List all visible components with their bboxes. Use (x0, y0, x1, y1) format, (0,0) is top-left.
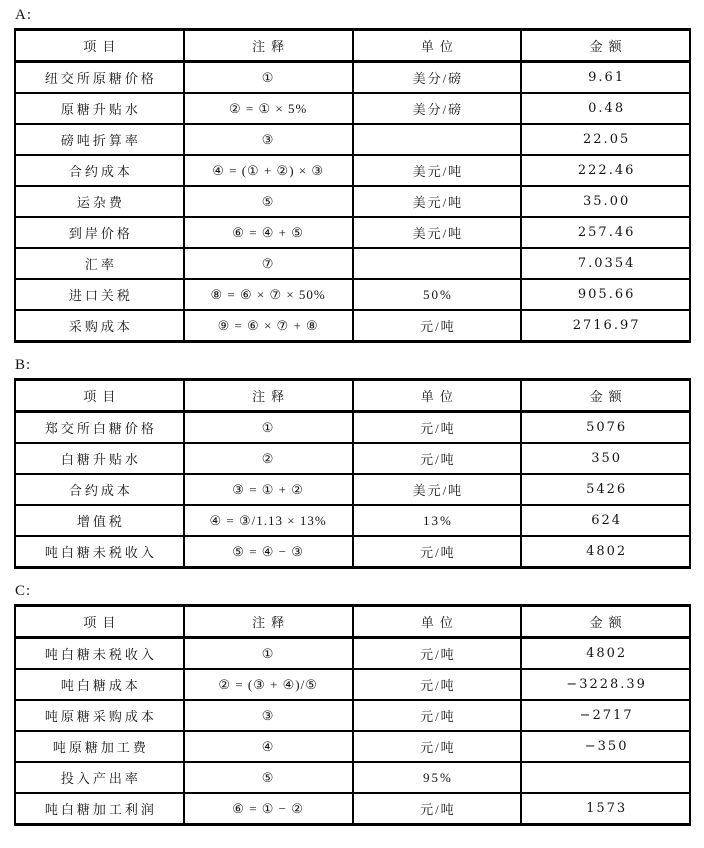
unit-cell: 元/吨 (353, 443, 522, 474)
column-header: 注释 (184, 30, 353, 62)
amount-cell: 222.46 (521, 155, 690, 186)
item-cell: 合约成本 (15, 155, 184, 186)
item-cell: 投入产出率 (15, 762, 184, 793)
note-cell: ② (184, 443, 353, 474)
amount-cell (521, 762, 690, 793)
table-row: 吨白糖未税收入⑤ = ④ − ③元/吨4802 (15, 536, 690, 568)
unit-cell: 美分/磅 (353, 62, 522, 94)
column-header: 单位 (353, 380, 522, 412)
section-b: B: 项目注释单位金额郑交所白糖价格①元/吨5076白糖升贴水②元/吨350合约… (14, 356, 691, 569)
column-header: 单位 (353, 30, 522, 62)
amount-cell: 1573 (521, 793, 690, 825)
table-row: 吨白糖成本② = (③ + ④)/⑤元/吨−3228.39 (15, 669, 690, 700)
column-header: 金额 (521, 30, 690, 62)
table-row: 合约成本④ = (① + ②) × ③美元/吨222.46 (15, 155, 690, 186)
note-cell: ④ = (① + ②) × ③ (184, 155, 353, 186)
section-a: A: 项目注释单位金额纽交所原糖价格①美分/磅9.61原糖升贴水② = ① × … (14, 6, 691, 343)
amount-cell: 7.0354 (521, 248, 690, 279)
unit-cell: 95% (353, 762, 522, 793)
cost-table-c: 项目注释单位金额吨白糖未税收入①元/吨4802吨白糖成本② = (③ + ④)/… (14, 604, 691, 826)
unit-cell: 元/吨 (353, 669, 522, 700)
item-cell: 郑交所白糖价格 (15, 412, 184, 444)
unit-cell: 元/吨 (353, 638, 522, 670)
unit-cell: 元/吨 (353, 700, 522, 731)
section-c-label: C: (15, 582, 691, 600)
item-cell: 合约成本 (15, 474, 184, 505)
amount-cell: 350 (521, 443, 690, 474)
note-cell: ⑨ = ⑥ × ⑦ + ⑧ (184, 310, 353, 342)
note-cell: ③ (184, 700, 353, 731)
table-row: 原糖升贴水② = ① × 5%美分/磅0.48 (15, 93, 690, 124)
column-header: 项目 (15, 606, 184, 638)
document-sheet: A: 项目注释单位金额纽交所原糖价格①美分/磅9.61原糖升贴水② = ① × … (0, 0, 704, 848)
column-header: 注释 (184, 606, 353, 638)
note-cell: ⑤ (184, 762, 353, 793)
item-cell: 白糖升贴水 (15, 443, 184, 474)
note-cell: ⑤ (184, 186, 353, 217)
column-header: 金额 (521, 606, 690, 638)
table-row: 进口关税⑧ = ⑥ × ⑦ × 50%50%905.66 (15, 279, 690, 310)
unit-cell: 美元/吨 (353, 474, 522, 505)
item-cell: 吨白糖加工利润 (15, 793, 184, 825)
table-row: 白糖升贴水②元/吨350 (15, 443, 690, 474)
unit-cell (353, 248, 522, 279)
table-row: 吨原糖采购成本③元/吨−2717 (15, 700, 690, 731)
note-cell: ⑧ = ⑥ × ⑦ × 50% (184, 279, 353, 310)
section-a-label: A: (15, 6, 691, 24)
amount-cell: −3228.39 (521, 669, 690, 700)
cost-table-b: 项目注释单位金额郑交所白糖价格①元/吨5076白糖升贴水②元/吨350合约成本③… (14, 378, 691, 569)
column-header: 项目 (15, 30, 184, 62)
amount-cell: −350 (521, 731, 690, 762)
item-cell: 吨原糖加工费 (15, 731, 184, 762)
column-header: 金额 (521, 380, 690, 412)
item-cell: 原糖升贴水 (15, 93, 184, 124)
amount-cell: 22.05 (521, 124, 690, 155)
unit-cell: 元/吨 (353, 412, 522, 444)
unit-cell (353, 124, 522, 155)
amount-cell: 2716.97 (521, 310, 690, 342)
amount-cell: 905.66 (521, 279, 690, 310)
table-row: 吨白糖未税收入①元/吨4802 (15, 638, 690, 670)
item-cell: 吨白糖未税收入 (15, 638, 184, 670)
table-row: 汇率⑦7.0354 (15, 248, 690, 279)
item-cell: 磅吨折算率 (15, 124, 184, 155)
table-row: 增值税④ = ③/1.13 × 13%13%624 (15, 505, 690, 536)
note-cell: ④ (184, 731, 353, 762)
amount-cell: 35.00 (521, 186, 690, 217)
header-row: 项目注释单位金额 (15, 30, 690, 62)
unit-cell: 元/吨 (353, 731, 522, 762)
unit-cell: 美元/吨 (353, 186, 522, 217)
amount-cell: 5076 (521, 412, 690, 444)
note-cell: ④ = ③/1.13 × 13% (184, 505, 353, 536)
item-cell: 吨白糖成本 (15, 669, 184, 700)
table-row: 合约成本③ = ① + ②美元/吨5426 (15, 474, 690, 505)
header-row: 项目注释单位金额 (15, 606, 690, 638)
note-cell: ③ = ① + ② (184, 474, 353, 505)
column-header: 单位 (353, 606, 522, 638)
item-cell: 采购成本 (15, 310, 184, 342)
amount-cell: 9.61 (521, 62, 690, 94)
note-cell: ② = (③ + ④)/⑤ (184, 669, 353, 700)
table-row: 到岸价格⑥ = ④ + ⑤美元/吨257.46 (15, 217, 690, 248)
item-cell: 纽交所原糖价格 (15, 62, 184, 94)
table-row: 郑交所白糖价格①元/吨5076 (15, 412, 690, 444)
unit-cell: 元/吨 (353, 536, 522, 568)
unit-cell: 50% (353, 279, 522, 310)
note-cell: ② = ① × 5% (184, 93, 353, 124)
amount-cell: 0.48 (521, 93, 690, 124)
note-cell: ⑥ = ① − ② (184, 793, 353, 825)
item-cell: 进口关税 (15, 279, 184, 310)
note-cell: ⑦ (184, 248, 353, 279)
unit-cell: 美分/磅 (353, 93, 522, 124)
unit-cell: 美元/吨 (353, 217, 522, 248)
item-cell: 吨原糖采购成本 (15, 700, 184, 731)
amount-cell: −2717 (521, 700, 690, 731)
section-b-label: B: (15, 356, 691, 374)
unit-cell: 美元/吨 (353, 155, 522, 186)
note-cell: ③ (184, 124, 353, 155)
amount-cell: 624 (521, 505, 690, 536)
amount-cell: 4802 (521, 536, 690, 568)
table-row: 纽交所原糖价格①美分/磅9.61 (15, 62, 690, 94)
item-cell: 增值税 (15, 505, 184, 536)
column-header: 项目 (15, 380, 184, 412)
table-row: 采购成本⑨ = ⑥ × ⑦ + ⑧元/吨2716.97 (15, 310, 690, 342)
header-row: 项目注释单位金额 (15, 380, 690, 412)
unit-cell: 元/吨 (353, 793, 522, 825)
item-cell: 到岸价格 (15, 217, 184, 248)
cost-table-a: 项目注释单位金额纽交所原糖价格①美分/磅9.61原糖升贴水② = ① × 5%美… (14, 28, 691, 343)
amount-cell: 4802 (521, 638, 690, 670)
note-cell: ⑤ = ④ − ③ (184, 536, 353, 568)
item-cell: 吨白糖未税收入 (15, 536, 184, 568)
table-row: 磅吨折算率③22.05 (15, 124, 690, 155)
table-row: 运杂费⑤美元/吨35.00 (15, 186, 690, 217)
table-row: 吨白糖加工利润⑥ = ① − ②元/吨1573 (15, 793, 690, 825)
table-row: 投入产出率⑤95% (15, 762, 690, 793)
amount-cell: 257.46 (521, 217, 690, 248)
section-c: C: 项目注释单位金额吨白糖未税收入①元/吨4802吨白糖成本② = (③ + … (14, 582, 691, 826)
note-cell: ① (184, 638, 353, 670)
item-cell: 运杂费 (15, 186, 184, 217)
note-cell: ① (184, 412, 353, 444)
unit-cell: 13% (353, 505, 522, 536)
note-cell: ⑥ = ④ + ⑤ (184, 217, 353, 248)
note-cell: ① (184, 62, 353, 94)
unit-cell: 元/吨 (353, 310, 522, 342)
column-header: 注释 (184, 380, 353, 412)
table-row: 吨原糖加工费④元/吨−350 (15, 731, 690, 762)
item-cell: 汇率 (15, 248, 184, 279)
amount-cell: 5426 (521, 474, 690, 505)
